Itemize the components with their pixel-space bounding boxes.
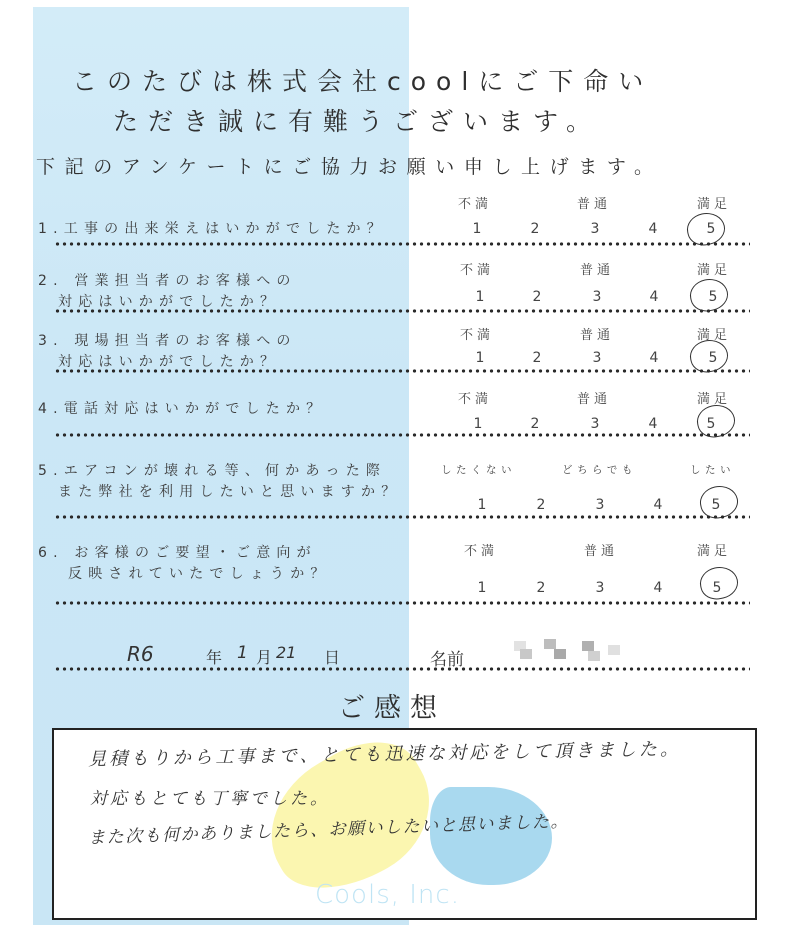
- dotted-divider: [54, 433, 750, 437]
- dotted-divider: [54, 667, 750, 671]
- question-text: 2. 営業担当者のお客様への: [38, 270, 297, 292]
- dotted-divider: [54, 601, 750, 605]
- scale-low-label: 不満: [458, 193, 492, 212]
- rating-option-1[interactable]: 1: [472, 497, 492, 513]
- rating-option-3[interactable]: 3: [590, 580, 610, 596]
- rating-option-3[interactable]: 3: [590, 497, 610, 513]
- rating-option-4[interactable]: 4: [648, 497, 668, 513]
- rating-option-2[interactable]: 2: [525, 221, 545, 237]
- rating-option-2[interactable]: 2: [527, 289, 547, 305]
- date-era-year-field[interactable]: R6: [127, 642, 154, 666]
- dotted-divider: [54, 369, 750, 373]
- comment-line-2: 対応もとても丁寧でした。: [90, 784, 330, 809]
- rating-option-2[interactable]: 2: [531, 580, 551, 596]
- name-field-redacted[interactable]: [508, 635, 628, 667]
- brand-watermark: Cools, Inc.: [315, 880, 460, 910]
- scale-high-label: 満足: [697, 540, 731, 559]
- scale-mid-label: 普通: [584, 540, 618, 559]
- scale-low-label: 不満: [464, 540, 498, 559]
- year-label: 年: [206, 645, 222, 668]
- rating-option-1[interactable]: 1: [467, 221, 487, 237]
- rating-option-2[interactable]: 2: [525, 416, 545, 432]
- day-label: 日: [324, 645, 340, 668]
- rating-option-4[interactable]: 4: [648, 580, 668, 596]
- scale-mid-label: 普通: [577, 193, 611, 212]
- scale-mid-label: 普通: [577, 388, 611, 407]
- scale-mid-label: 普通: [580, 324, 614, 343]
- rating-option-4[interactable]: 4: [644, 350, 664, 366]
- scale-low-label: 不満: [460, 324, 494, 343]
- question-text: 3. 現場担当者のお客様への: [38, 330, 297, 352]
- rating-option-3[interactable]: 3: [587, 289, 607, 305]
- rating-option-2[interactable]: 2: [531, 497, 551, 513]
- scale-high-label: 満足: [697, 193, 731, 212]
- scale-low-label: 不満: [460, 259, 494, 278]
- question-text-line-2: 反映されていたでしょうか？: [68, 563, 331, 585]
- header-line-2: ただき誠に有難うございます。: [113, 102, 601, 138]
- rating-option-1[interactable]: 1: [468, 416, 488, 432]
- rating-option-3[interactable]: 3: [587, 350, 607, 366]
- scale-mid-label: どちらでも: [562, 462, 637, 477]
- question-text: 1.工事の出来栄えはいかがでしたか？: [38, 218, 387, 240]
- rating-option-2[interactable]: 2: [527, 350, 547, 366]
- rating-option-1[interactable]: 1: [470, 289, 490, 305]
- rating-option-4[interactable]: 4: [643, 221, 663, 237]
- scale-mid-label: 普通: [580, 259, 614, 278]
- dotted-divider: [54, 242, 750, 246]
- date-month-field[interactable]: 1: [237, 643, 248, 663]
- comments-heading: ご感想: [338, 686, 446, 725]
- rating-option-4[interactable]: 4: [643, 416, 663, 432]
- rating-option-1[interactable]: 1: [470, 350, 490, 366]
- rating-option-4[interactable]: 4: [644, 289, 664, 305]
- header-line-1: このたびは株式会社coolにご下命い: [72, 62, 653, 98]
- question-text: 5.エアコンが壊れる等、何かあった際: [38, 460, 386, 482]
- scale-high-label: 満足: [697, 259, 731, 278]
- rating-option-3[interactable]: 3: [585, 221, 605, 237]
- question-text: 6. お客様のご要望・ご意向が: [38, 542, 317, 564]
- scale-low-label: したくない: [441, 462, 516, 477]
- question-text: 4.電話対応はいかがでしたか？: [38, 398, 326, 420]
- blue-decorative-blob: [430, 787, 552, 885]
- dotted-divider: [54, 309, 750, 313]
- dotted-divider: [54, 515, 750, 519]
- question-text-line-2: また弊社を利用したいと思いますか？: [58, 481, 401, 503]
- scale-low-label: 不満: [458, 388, 492, 407]
- scale-high-label: したい: [690, 462, 735, 477]
- month-label: 月: [256, 645, 272, 668]
- rating-option-1[interactable]: 1: [472, 580, 492, 596]
- rating-option-3[interactable]: 3: [585, 416, 605, 432]
- header-line-3: 下記のアンケートにご協力お願い申し上げます。: [36, 152, 663, 179]
- date-day-field[interactable]: 21: [276, 643, 296, 662]
- selected-circle-mark: [697, 563, 741, 602]
